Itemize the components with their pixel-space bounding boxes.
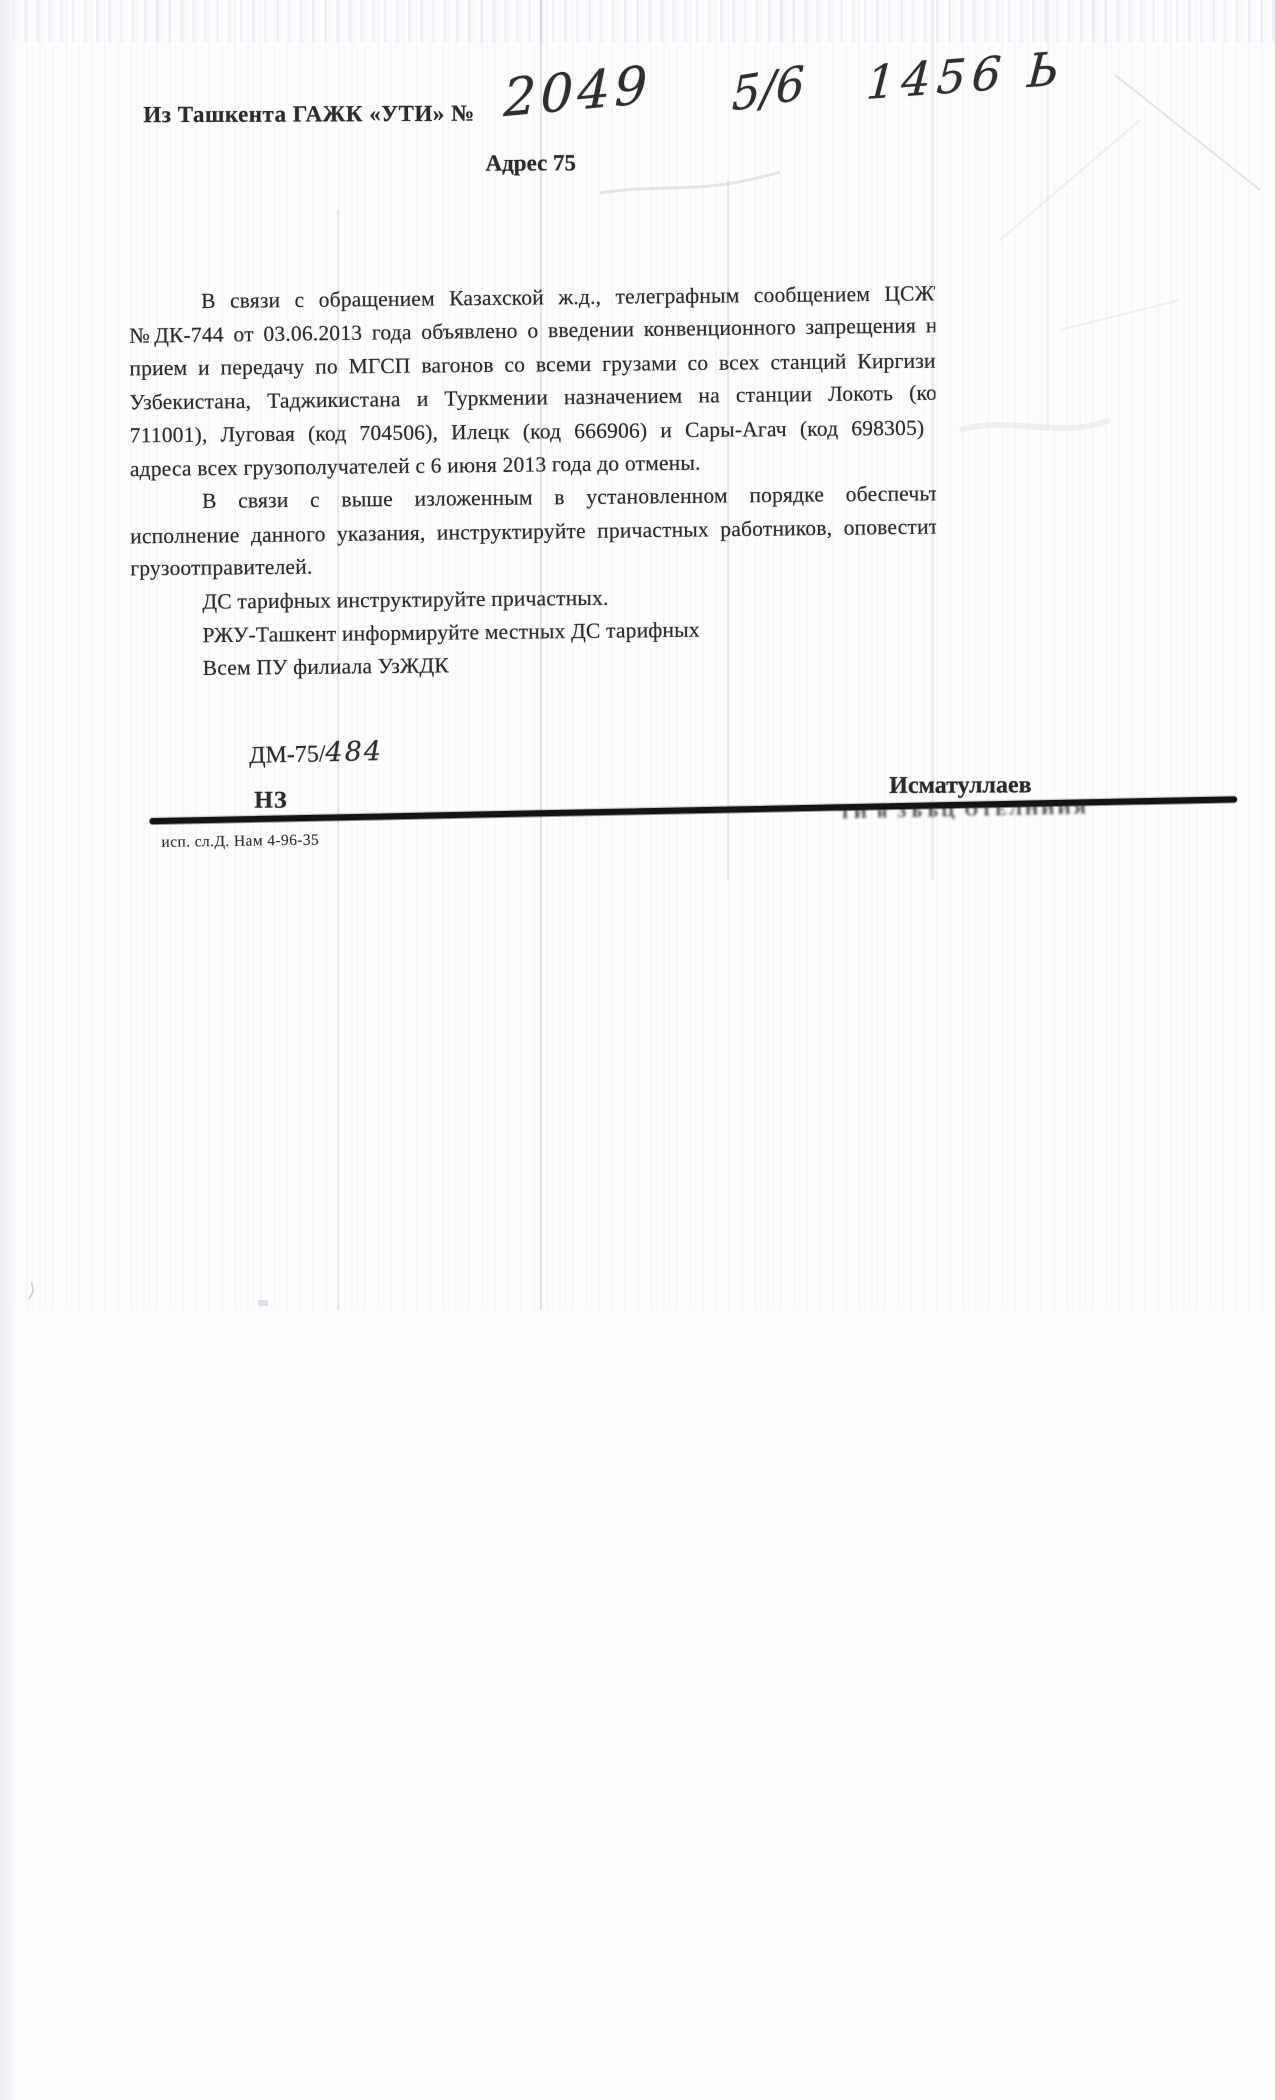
signer-name: Исматуллаев (889, 772, 1031, 800)
executor-note: исп. сл.Д. Нам 4-96-35 (161, 832, 319, 852)
reference-number: ДМ-75/484 (249, 736, 384, 770)
handwritten-date-fraction: 5/6 (731, 55, 805, 122)
signer-title: НЗ (254, 788, 287, 815)
faint-corner-mark: ⟩ (26, 1278, 37, 1304)
from-label: Из Ташкента ГАЖК «УТИ» № (143, 101, 475, 128)
body-text-block: В связи с обращением Казахской ж.д., тел… (129, 280, 937, 689)
handwritten-time-code: 1456 Ь (865, 41, 1067, 110)
handwritten-reference-suffix: 484 (325, 736, 383, 768)
reference-printed-prefix: ДМ-75/ (249, 741, 326, 769)
faint-scan-speck (258, 1300, 268, 1306)
handwritten-outgoing-number: 2049 (503, 55, 652, 129)
scanned-document-page: Из Ташкента ГАЖК «УТИ» № 2049 5/6 1456 Ь… (0, 0, 1275, 2100)
document-content: Из Ташкента ГАЖК «УТИ» № 2049 5/6 1456 Ь… (0, 0, 1275, 1003)
address-heading: Адрес 75 (485, 150, 576, 176)
body-line: Всем ПУ филиала УзЖДК (131, 645, 937, 687)
